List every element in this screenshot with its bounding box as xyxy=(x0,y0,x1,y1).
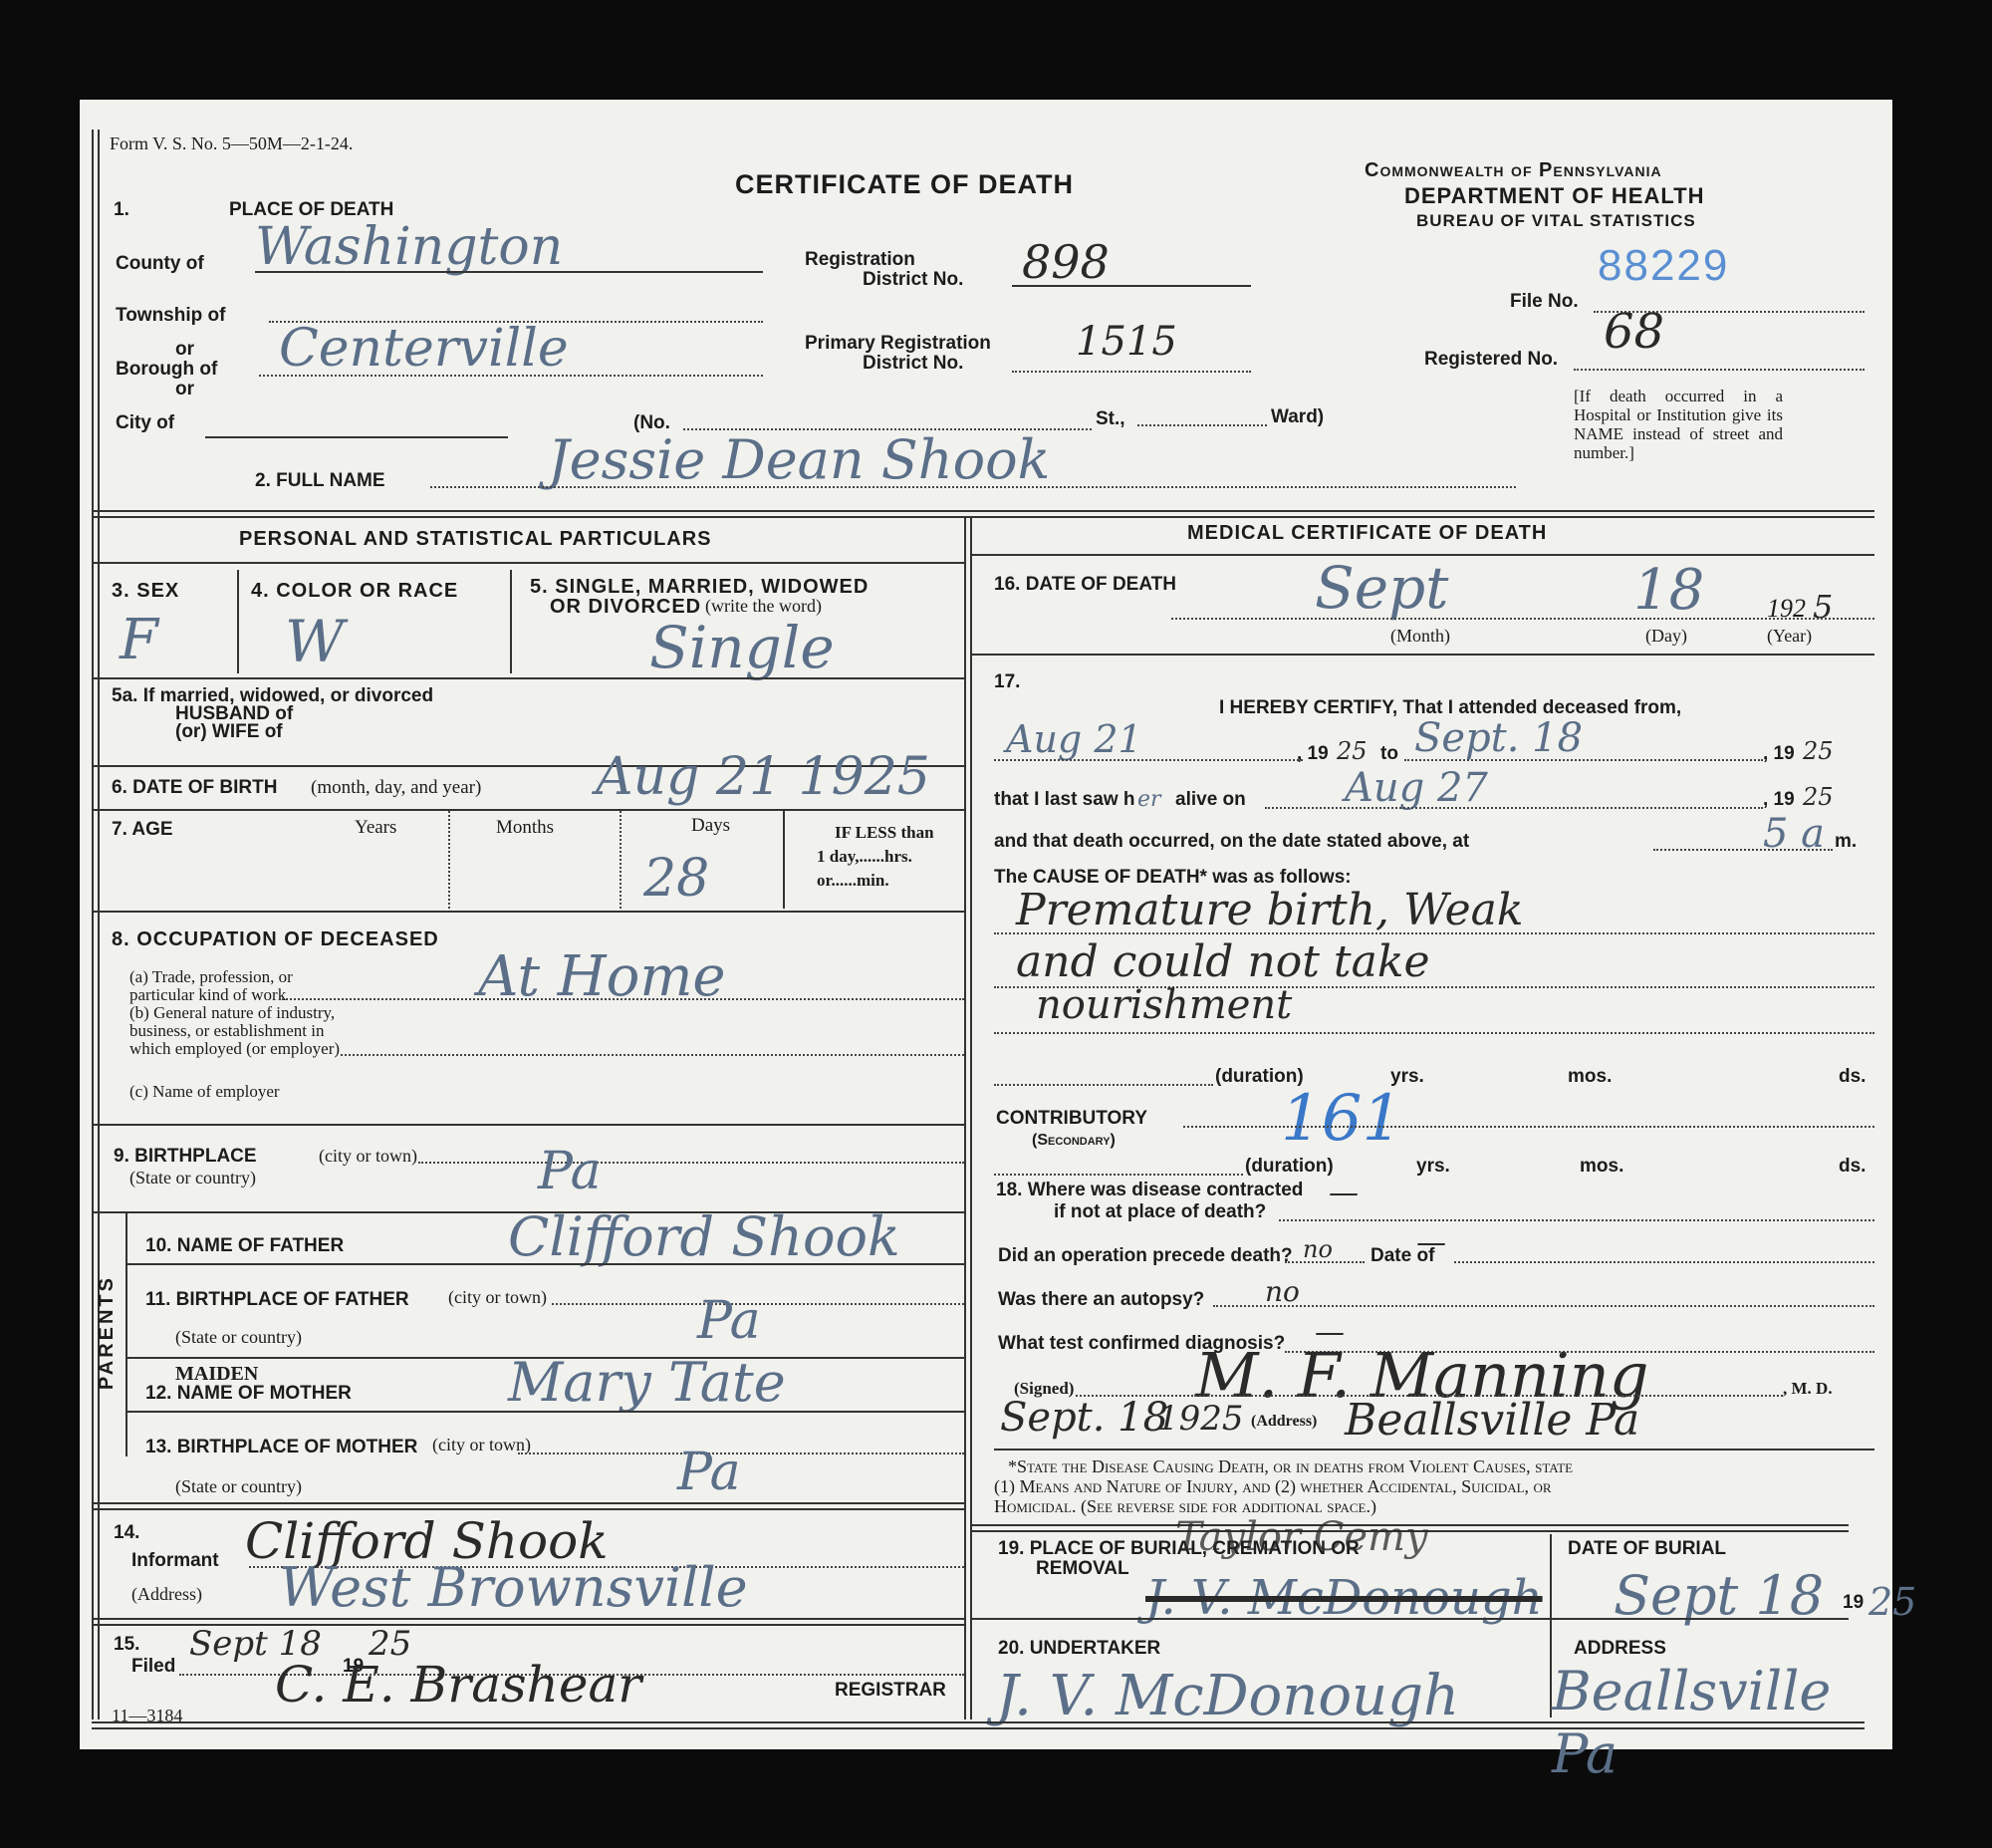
last-saw-value: Aug 27 xyxy=(1345,765,1488,811)
agency-commonwealth: Commonwealth of Pennsylvania xyxy=(1365,159,1662,182)
attended-from-value: Aug 21 xyxy=(1006,717,1142,761)
form-number: Form V. S. No. 5—50M—2-1-24. xyxy=(110,133,353,154)
burial-year-value: 25 xyxy=(1868,1580,1916,1624)
county-value: Washington xyxy=(255,217,563,277)
burial-place-overwrite: Taylor Cemy xyxy=(1175,1514,1428,1560)
footnote: *State the Disease Causing Death, or in … xyxy=(994,1456,1874,1516)
dod-month-value: Sept xyxy=(1315,554,1449,622)
attended-to-value: Sept. 18 xyxy=(1414,715,1583,761)
agency-department: DEPARTMENT OF HEALTH xyxy=(1404,183,1705,209)
certificate-paper: Form V. S. No. 5—50M—2-1-24. CERTIFICATE… xyxy=(80,100,1892,1749)
dob-value: Aug 21 1925 xyxy=(596,747,930,807)
autopsy-value: no xyxy=(1265,1275,1300,1308)
hospital-note: [If death occurred in a Hospital or Inst… xyxy=(1574,387,1783,462)
full-name-value: Jessie Dean Shook xyxy=(548,428,1050,491)
registrar-signature: C. E. Brashear xyxy=(275,1656,641,1714)
signed-date-value: Sept. 18 xyxy=(1000,1395,1168,1441)
center-divider xyxy=(964,516,966,1719)
borough-value: Centerville xyxy=(279,319,569,379)
registered-no-value: 68 xyxy=(1604,304,1664,360)
file-no-label: File No. xyxy=(1510,291,1579,313)
parents-label: PARENTS xyxy=(96,1275,119,1390)
undertaker-value: J. V. McDonough xyxy=(996,1664,1459,1728)
left-border xyxy=(92,130,94,1719)
father-name-value: Clifford Shook xyxy=(508,1205,900,1268)
cause-line-1: Premature birth, Weak xyxy=(1016,885,1524,935)
cause-line-2: and could not take xyxy=(1016,936,1430,987)
left-border-inner xyxy=(98,130,100,1719)
dod-year-value: 5 xyxy=(1813,588,1833,626)
cause-line-3: nourishment xyxy=(1036,982,1292,1028)
primary-district-value: 1515 xyxy=(1076,319,1177,365)
personal-heading: PERSONAL AND STATISTICAL PARTICULARS xyxy=(239,528,712,551)
mother-name-value: Mary Tate xyxy=(508,1351,786,1414)
file-number-stamp: 88229 xyxy=(1598,241,1729,291)
medical-heading: MEDICAL CERTIFICATE OF DEATH xyxy=(1187,522,1547,545)
registered-no-label: Registered No. xyxy=(1424,349,1558,371)
cause-code-stamp: 161 xyxy=(1281,1082,1402,1156)
mother-birthplace-value: Pa xyxy=(677,1443,741,1502)
sex-value: F xyxy=(120,608,158,672)
operation-value: no xyxy=(1303,1235,1333,1263)
birthplace-value: Pa xyxy=(538,1142,602,1201)
race-value: W xyxy=(285,608,345,675)
informant-address-value: West Brownsville xyxy=(279,1556,748,1619)
dod-day-value: 18 xyxy=(1633,558,1704,623)
father-birthplace-value: Pa xyxy=(697,1291,761,1351)
age-days-value: 28 xyxy=(643,849,709,909)
page-title: CERTIFICATE OF DEATH xyxy=(735,169,1074,200)
agency-bureau: BUREAU OF VITAL STATISTICS xyxy=(1416,211,1696,231)
physician-address-value: Beallsville Pa xyxy=(1345,1395,1639,1446)
marital-status-value: Single xyxy=(649,614,835,681)
registration-district-value: 898 xyxy=(1022,235,1110,289)
